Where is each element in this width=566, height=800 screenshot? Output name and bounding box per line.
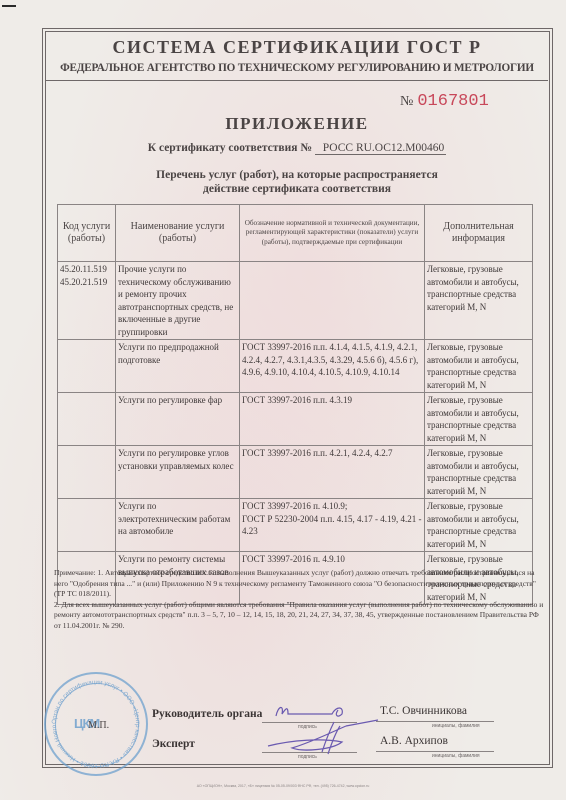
cell-code — [58, 499, 116, 552]
cell-name: Прочие услуги по техническому обслуживан… — [116, 262, 240, 340]
head-label: Руководитель органа — [152, 708, 262, 720]
expert-label: Эксперт — [152, 738, 195, 750]
form-number: №0167801 — [400, 92, 489, 111]
cell-name: Услуги по регулировке фар — [116, 393, 240, 446]
agency-name: ФЕДЕРАЛЬНОЕ АГЕНТСТВО ПО ТЕХНИЧЕСКОМУ РЕ… — [46, 62, 548, 74]
printer-footer: АО «ОПЦИОН», Москва, 2017, «Б» лицензия … — [0, 784, 566, 788]
list-title-line1: Перечень услуг (работ), на которые распр… — [46, 168, 548, 182]
form-number-label: № — [400, 94, 413, 109]
cell-name: Услуги по регулировке углов установки уп… — [116, 446, 240, 499]
services-table: Код услуги (работы) Наименование услуги … — [57, 204, 533, 605]
cell-additional-info: Легковые, грузовые автомобили и автобусы… — [425, 262, 533, 340]
expert-name-caption: инициалы, фамилия — [432, 753, 480, 759]
header-divider — [46, 80, 548, 81]
official-stamp: Орган по сертификации услуг • ООО «Центр… — [44, 672, 148, 776]
header-additional-info: Дополнительная информация — [425, 205, 533, 262]
head-name-line — [376, 721, 494, 722]
cell-code — [58, 393, 116, 446]
cell-name: Услуги по предпродажной подготовке — [116, 340, 240, 393]
document-title: ПРИЛОЖЕНИЕ — [46, 114, 548, 134]
cell-code — [58, 446, 116, 499]
cell-additional-info: Легковые, грузовые автомобили и автобусы… — [425, 340, 533, 393]
header-documentation: Обозначение нормативной и технической до… — [240, 205, 425, 262]
cell-code — [58, 340, 116, 393]
list-title-line2: действие сертификата соответствия — [46, 182, 548, 196]
cell-code: 45.20.11.519 45.20.21.519 — [58, 262, 116, 340]
head-name: Т.С. Овчинникова — [380, 705, 467, 717]
note-2: 2. Для всех вышеуказанных услуг (работ) … — [54, 600, 544, 632]
stamp-mp: М.П. — [88, 720, 109, 731]
note-1: Примечание: 1. Автотранспортное средство… — [54, 568, 544, 600]
head-name-caption: инициалы, фамилия — [432, 723, 480, 729]
header-name: Наименование услуги (работы) — [116, 205, 240, 262]
cell-documentation: ГОСТ 33997-2016 п. 4.10.9; ГОСТ Р 52230-… — [240, 499, 425, 552]
form-number-value: 0167801 — [417, 92, 488, 111]
cell-documentation: ГОСТ 33997-2016 п.п. 4.3.19 — [240, 393, 425, 446]
expert-name: А.В. Архипов — [380, 735, 448, 747]
cell-documentation — [240, 262, 425, 340]
certificate-label: К сертификату соответствия № — [148, 142, 312, 154]
cell-name: Услуги по электротехническим работам на … — [116, 499, 240, 552]
cell-additional-info: Легковые, грузовые автомобили и автобусы… — [425, 499, 533, 552]
table-row: Услуги по регулировке фарГОСТ 33997-2016… — [58, 393, 533, 446]
table-row: Услуги по электротехническим работам на … — [58, 499, 533, 552]
cell-additional-info: Легковые, грузовые автомобили и автобусы… — [425, 393, 533, 446]
cell-additional-info: Легковые, грузовые автомобили и автобусы… — [425, 446, 533, 499]
table-row: Услуги по регулировке углов установки уп… — [58, 446, 533, 499]
certificate-number: РОСС RU.ОС12.М00460 — [315, 142, 447, 155]
header-code: Код услуги (работы) — [58, 205, 116, 262]
table-row: 45.20.11.519 45.20.21.519Прочие услуги п… — [58, 262, 533, 340]
expert-signature — [262, 712, 382, 758]
expert-name-line — [376, 751, 494, 752]
certificate-reference: К сертификату соответствия № РОСС RU.ОС1… — [46, 142, 548, 155]
cell-documentation: ГОСТ 33997-2016 п.п. 4.1.4, 4.1.5, 4.1.9… — [240, 340, 425, 393]
table-header-row: Код услуги (работы) Наименование услуги … — [58, 205, 533, 262]
cell-documentation: ГОСТ 33997-2016 п.п. 4.2.1, 4.2.4, 4.2.7 — [240, 446, 425, 499]
table-row: Услуги по предпродажной подготовкеГОСТ 3… — [58, 340, 533, 393]
notes: Примечание: 1. Автотранспортное средство… — [54, 568, 544, 631]
list-title: Перечень услуг (работ), на которые распр… — [46, 168, 548, 196]
system-title: СИСТЕМА СЕРТИФИКАЦИИ ГОСТ Р — [46, 37, 548, 58]
scan-corner-mark — [2, 5, 16, 7]
